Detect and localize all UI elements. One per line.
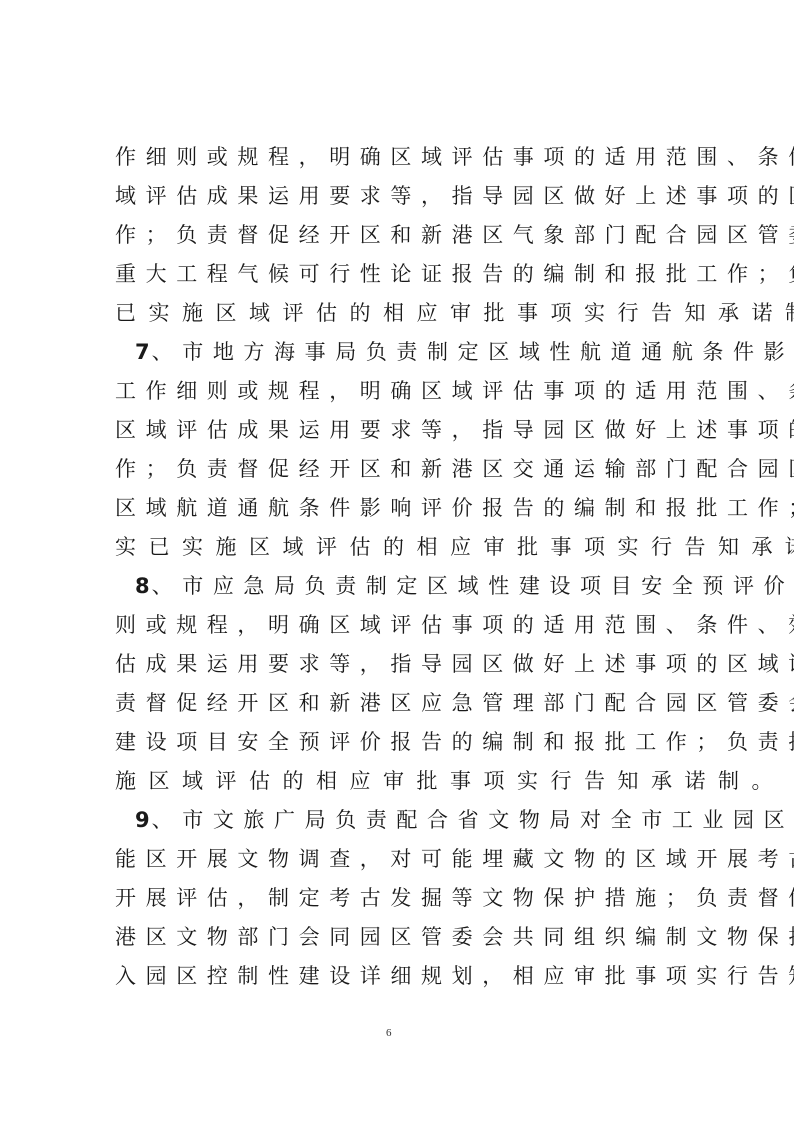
text-line: 作；负责督促经开区和新港区气象部门配合园区管委会做好区域 <box>115 216 685 255</box>
paragraph-8: 8、市应急局负责制定区域性建设项目安全预评价的工作细 则或规程，明确区域评估事项… <box>115 567 685 801</box>
text-line: 能区开展文物调查，对可能埋藏文物的区域开展考古勘探，统一 <box>115 840 685 879</box>
text-line-content: 、市文旅广局负责配合省文物局对全市工业园区、产业功 <box>152 808 794 832</box>
document-page: 作细则或规程，明确区域评估事项的适用范围、条件、效力及区 域评估成果运用要求等，… <box>0 0 794 1122</box>
text-line: 开展评估，制定考古发掘等文物保护措施；负责督促经开区和新 <box>115 879 685 918</box>
paragraph-7: 7、市地方海事局负责制定区域性航道通航条件影响评价的 工作细则或规程，明确区域评… <box>115 333 685 567</box>
text-line: 施区域评估的相应审批事项实行告知承诺制。 <box>115 762 685 801</box>
item-number: 8 <box>135 574 152 598</box>
text-line: 8、市应急局负责制定区域性建设项目安全预评价的工作细 <box>115 567 685 606</box>
text-line: 区域评估成果运用要求等，指导园区做好上述事项的区域评估工 <box>115 411 685 450</box>
text-line: 建设项目安全预评价报告的编制和报批工作；负责推动落实已实 <box>115 723 685 762</box>
text-line: 作；负责督促经开区和新港区交通运输部门配合园区管委会做好 <box>115 450 685 489</box>
text-line: 区域航道通航条件影响评价报告的编制和报批工作；负责推动落 <box>115 489 685 528</box>
text-line: 实已实施区域评估的相应审批事项实行告知承诺制。 <box>115 528 685 567</box>
text-line-content: 、市地方海事局负责制定区域性航道通航条件影响评价的 <box>152 340 794 364</box>
text-line: 责督促经开区和新港区应急管理部门配合园区管委会做好区域 <box>115 684 685 723</box>
text-line-content: 、市应急局负责制定区域性建设项目安全预评价的工作细 <box>152 574 794 598</box>
document-body: 作细则或规程，明确区域评估事项的适用范围、条件、效力及区 域评估成果运用要求等，… <box>115 138 685 996</box>
text-line: 工作细则或规程，明确区域评估事项的适用范围、条件、效力及 <box>115 372 685 411</box>
text-line: 则或规程，明确区域评估事项的适用范围、条件、效力及区域评 <box>115 606 685 645</box>
paragraph-6-continued: 作细则或规程，明确区域评估事项的适用范围、条件、效力及区 域评估成果运用要求等，… <box>115 138 685 333</box>
text-line: 域评估成果运用要求等，指导园区做好上述事项的区域评估工 <box>115 177 685 216</box>
paragraph-9: 9、市文旅广局负责配合省文物局对全市工业园区、产业功 能区开展文物调查，对可能埋… <box>115 801 685 996</box>
text-line: 作细则或规程，明确区域评估事项的适用范围、条件、效力及区 <box>115 138 685 177</box>
text-line: 已实施区域评估的相应审批事项实行告知承诺制。 <box>115 294 685 333</box>
page-number: 6 <box>386 1027 392 1039</box>
item-number: 9 <box>135 808 152 832</box>
text-line: 重大工程气候可行性论证报告的编制和报批工作；负责推动落实 <box>115 255 685 294</box>
text-line: 9、市文旅广局负责配合省文物局对全市工业园区、产业功 <box>115 801 685 840</box>
text-line: 港区文物部门会同园区管委会共同组织编制文物保护规划并纳 <box>115 918 685 957</box>
item-number: 7 <box>135 340 152 364</box>
text-line: 7、市地方海事局负责制定区域性航道通航条件影响评价的 <box>115 333 685 372</box>
text-line: 估成果运用要求等，指导园区做好上述事项的区域评估工作；负 <box>115 645 685 684</box>
text-line: 入园区控制性建设详细规划，相应审批事项实行告知承诺制。 <box>115 957 685 996</box>
